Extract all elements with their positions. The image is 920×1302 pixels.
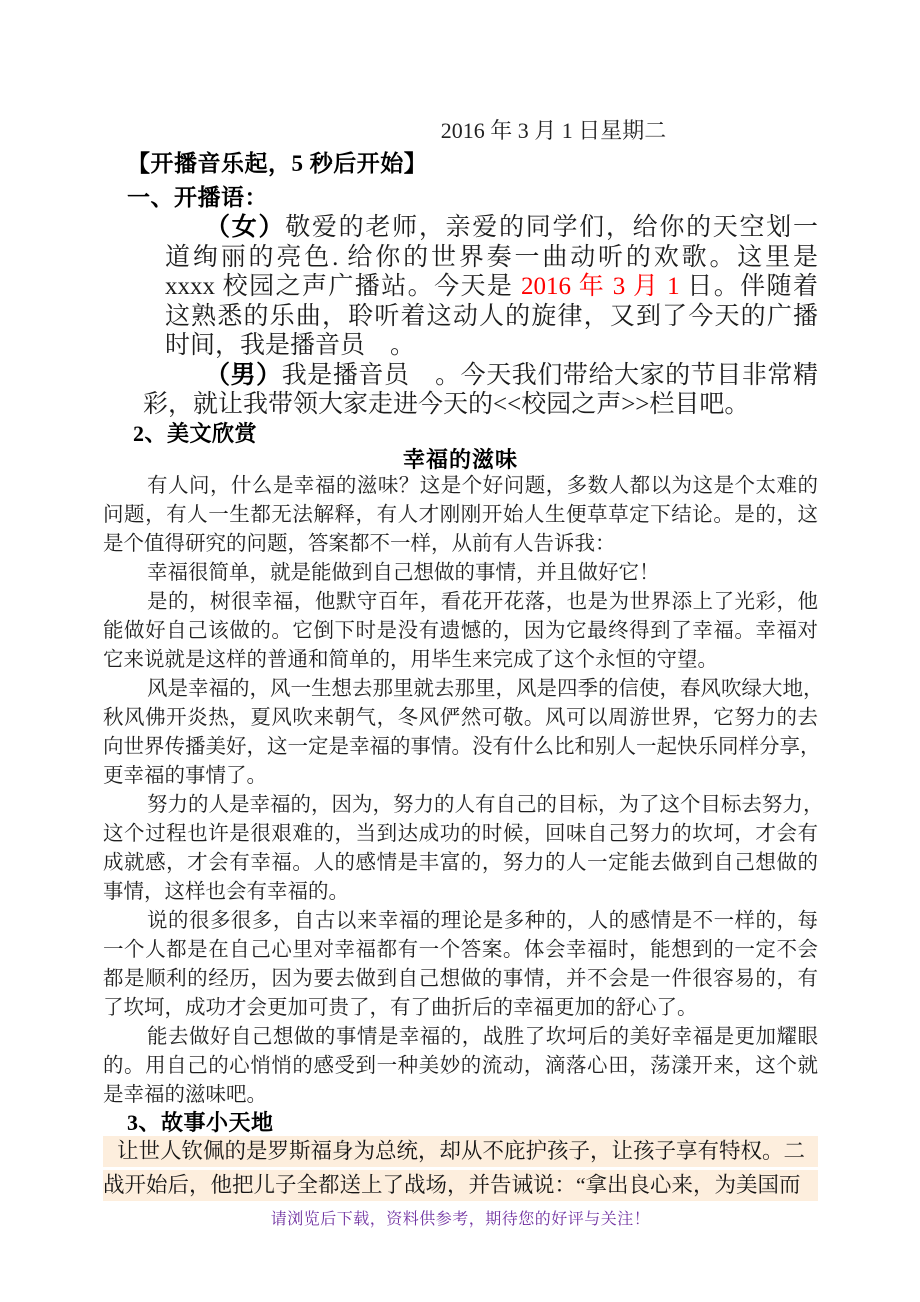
- essay-line: 是的，树很幸福，他默守百年，看花开花落，也是为世界添上了光彩，他: [103, 588, 818, 617]
- male-line-text: 我是播音员 。今天我们带给大家的节目非常精: [282, 362, 818, 389]
- cue-heading: 【开播音乐起，5 秒后开始】: [127, 150, 818, 177]
- footer-note: 请浏览后下载，资料供参考，期待您的好评与关注！: [103, 1209, 818, 1231]
- essay-body: 有人问，什么是幸福的滋味？这是个好问题，多数人都以为这是个太难的 问题，有人一生…: [103, 472, 818, 1110]
- section-1-heading: 一、开播语：: [127, 184, 818, 211]
- section-3-heading: 3、故事小天地: [127, 1110, 818, 1136]
- essay-line: 努力的人是幸福的，因为，努力的人有自己的目标，为了这个目标去努力，: [103, 791, 818, 820]
- essay-line: 的。用自己的心悄悄的感受到一种美妙的流动，滴落心田，荡漾开来，这个就: [103, 1052, 818, 1081]
- essay-line: 成就感，才会有幸福。人的感情是丰富的，努力的人一定能去做到自己想做的: [103, 849, 818, 878]
- essay-line: 事情，这样也会有幸福的。: [103, 878, 818, 907]
- essay-line: 一个人都是在自己心里对幸福都有一个答案。体会幸福时，能想到的一定不会: [103, 936, 818, 965]
- essay-title: 幸福的滋味: [103, 447, 818, 472]
- date-line: 2016 年 3 月 1 日星期二: [103, 118, 818, 144]
- story-highlight-line: 让世人钦佩的是罗斯福身为总统，却从不庇护孩子，让孩子享有特权。二: [103, 1136, 818, 1167]
- female-line-text: xxxx 校园之声广播站。今天是: [165, 273, 521, 300]
- essay-line: 是幸福的滋味吧。: [103, 1081, 818, 1110]
- essay-line: 更幸福的事情了。: [103, 762, 818, 791]
- section-2-heading: 2、美文欣赏: [133, 420, 818, 447]
- essay-line: 它来说就是这样的普通和简单的，用毕生来完成了这个永恒的守望。: [103, 646, 818, 675]
- essay-line: 了坎坷，成功才会更加可贵了，有了曲折后的幸福更加的舒心了。: [103, 994, 818, 1023]
- red-date-text: 2016 年 3 月 1: [521, 273, 680, 300]
- male-line: 彩，就让我带领大家走进今天的<<校园之声>>栏目吧。: [143, 390, 818, 420]
- male-opening-paragraph: （男）我是播音员 。今天我们带给大家的节目非常精 彩，就让我带领大家走进今天的<…: [143, 361, 818, 420]
- essay-line: 都是顺利的经历，因为要去做到自己想做的事情，并不会是一件很容易的，有: [103, 965, 818, 994]
- essay-line: 风是幸福的，风一生想去那里就去那里，风是四季的信使，春风吹绿大地，: [103, 675, 818, 704]
- essay-line: 说的很多很多，自古以来幸福的理论是多种的，人的感情是不一样的，每: [103, 907, 818, 936]
- female-line: （女）敬爱的老师，亲爱的同学们，给你的天空划一: [165, 213, 818, 243]
- document-page: 2016 年 3 月 1 日星期二 【开播音乐起，5 秒后开始】 一、开播语： …: [0, 0, 920, 1302]
- female-line: 这熟悉的乐曲，聆听着这动人的旋律，又到了今天的广播: [165, 302, 818, 332]
- male-speaker-label: （男）: [205, 362, 282, 389]
- essay-line: 问题，有人一生都无法解释，有人才刚刚开始人生便草草定下结论。是的，这: [103, 501, 818, 530]
- essay-line: 能去做好自己想做的事情是幸福的，战胜了坎坷后的美好幸福是更加耀眼: [103, 1023, 818, 1052]
- essay-line: 是个值得研究的问题，答案都不一样，从前有人告诉我：: [103, 530, 818, 559]
- essay-line: 秋风佛开炎热，夏风吹来朝气，冬风俨然可敬。风可以周游世界，它努力的去: [103, 704, 818, 733]
- essay-line: 有人问，什么是幸福的滋味？这是个好问题，多数人都以为这是个太难的: [103, 472, 818, 501]
- essay-line: 能做好自己该做的。它倒下时是没有遗憾的，因为它最终得到了幸福。幸福对: [103, 617, 818, 646]
- story-highlight-block: 让世人钦佩的是罗斯福身为总统，却从不庇护孩子，让孩子享有特权。二 战开始后，他把…: [103, 1136, 818, 1201]
- essay-line: 这个过程也许是很艰难的，当到达成功的时候，回味自己努力的坎坷，才会有: [103, 820, 818, 849]
- female-speaker-label: （女）: [205, 214, 285, 241]
- female-line-text: 日。伴随着: [680, 273, 818, 300]
- female-line: xxxx 校园之声广播站。今天是 2016 年 3 月 1 日。伴随着: [165, 272, 818, 302]
- female-line: 时间，我是播音员 。: [165, 331, 818, 361]
- female-line: 道绚丽的亮色. 给你的世界奏一曲动听的欢歌。这里是: [165, 243, 818, 273]
- story-highlight-line: 战开始后，他把儿子全都送上了战场，并告诫说：“拿出良心来，为美国而: [103, 1170, 818, 1201]
- essay-line: 幸福很简单，就是能做到自己想做的事情，并且做好它！: [103, 559, 818, 588]
- male-line: （男）我是播音员 。今天我们带给大家的节目非常精: [143, 361, 818, 391]
- essay-line: 向世界传播美好，这一定是幸福的事情。没有什么比和别人一起快乐同样分享，: [103, 733, 818, 762]
- female-line-text: 敬爱的老师，亲爱的同学们，给你的天空划一: [285, 214, 818, 241]
- female-opening-paragraph: （女）敬爱的老师，亲爱的同学们，给你的天空划一 道绚丽的亮色. 给你的世界奏一曲…: [165, 213, 818, 361]
